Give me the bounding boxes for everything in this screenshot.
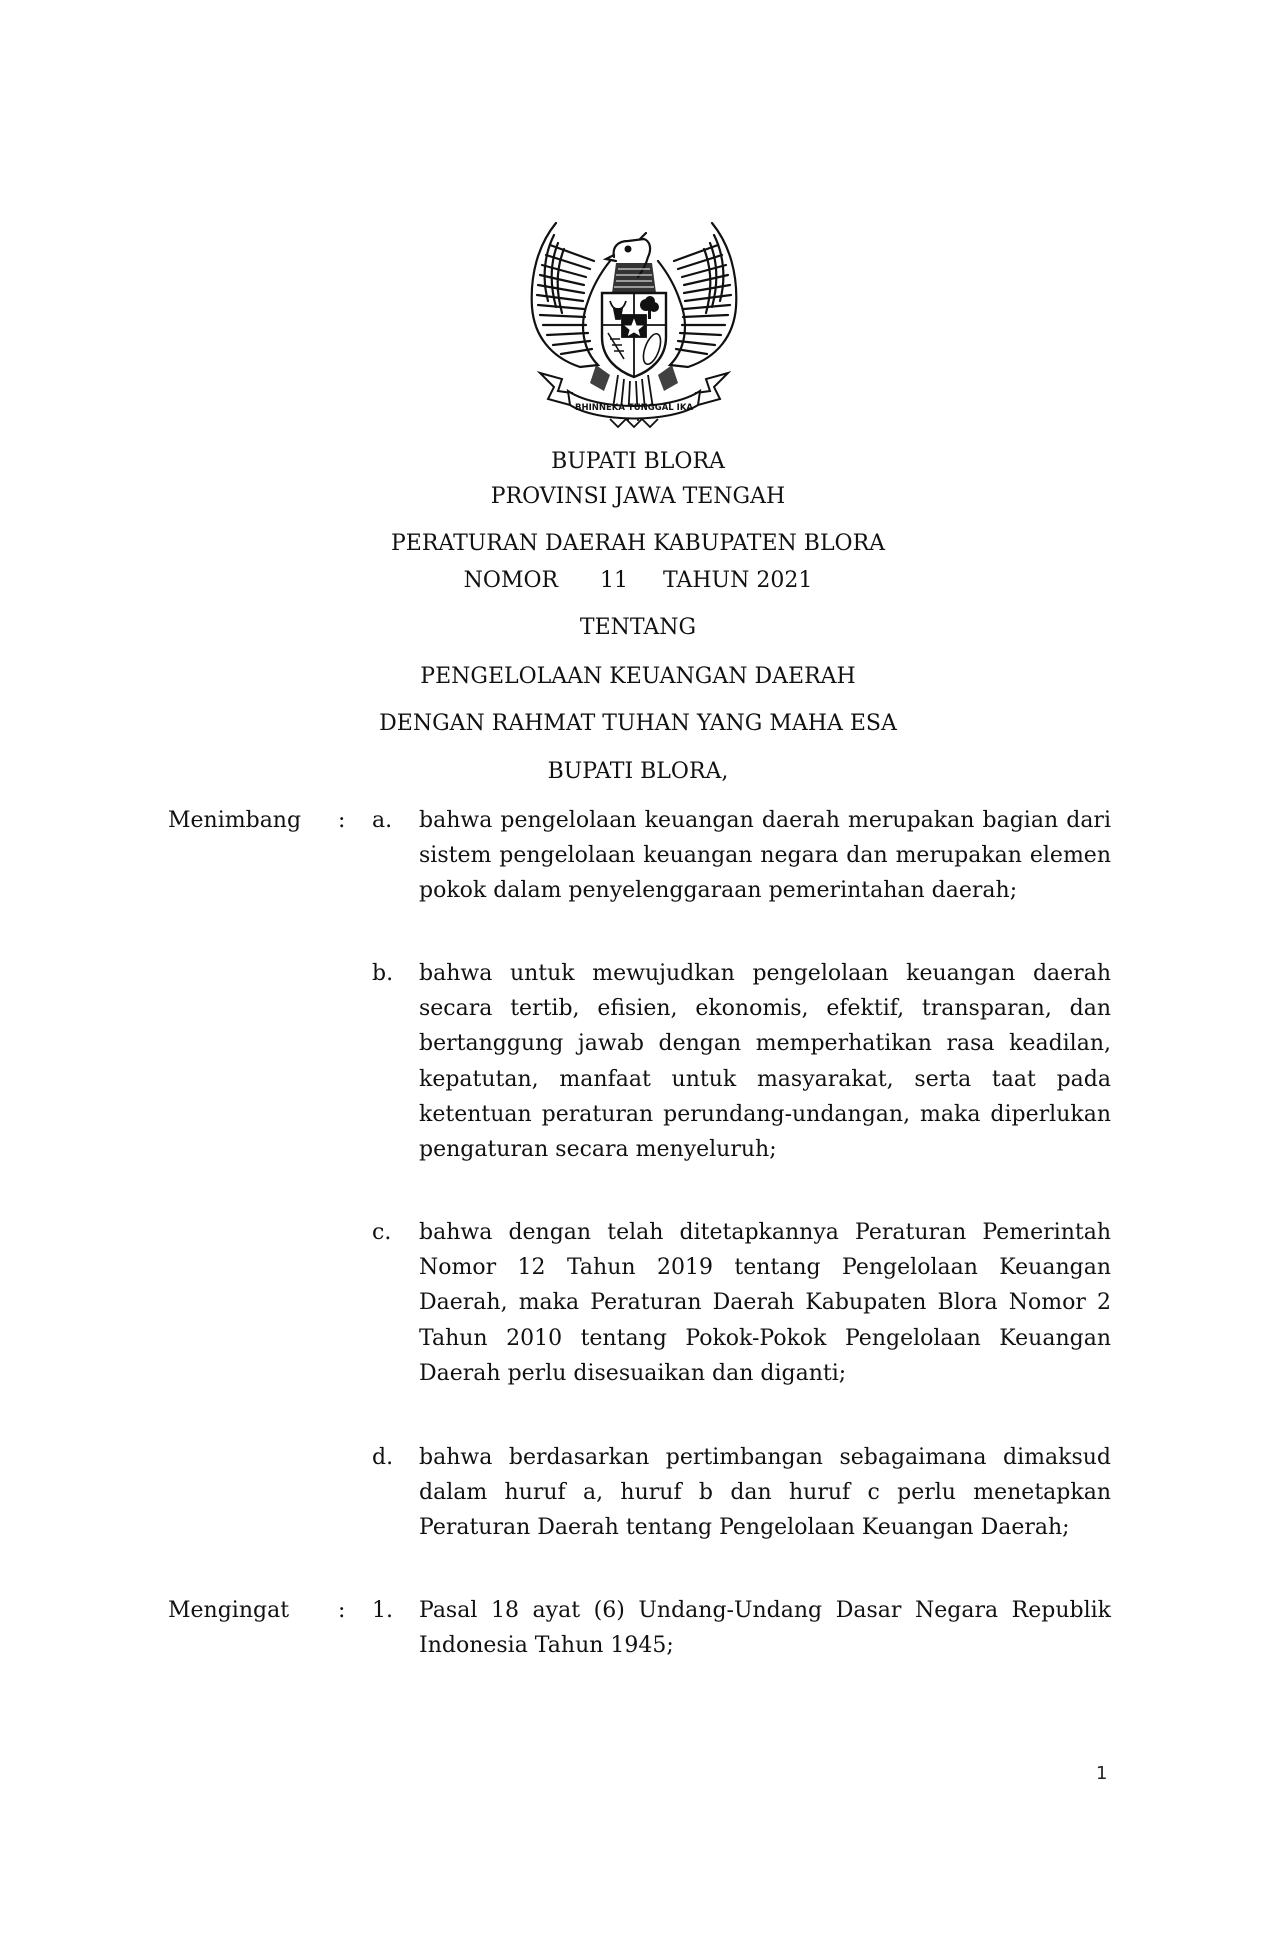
item-marker: d.	[372, 1440, 393, 1475]
document-page: BHINNEKA TUNGGAL IKA BUPATI BLORA PROVIN…	[0, 0, 1276, 1951]
regulation-subject: PENGELOLAAN KEUANGAN DAERAH	[0, 663, 1276, 691]
item-text: bahwa berdasarkan pertimbangan sebagaima…	[419, 1440, 1111, 1546]
item-text: Pasal 18 ayat (6) Undang-Undang Dasar Ne…	[419, 1593, 1111, 1663]
preamble-heading: DENGAN RAHMAT TUHAN YANG MAHA ESA	[0, 710, 1276, 738]
issuer-heading: BUPATI BLORA,	[0, 758, 1276, 786]
item-text: bahwa untuk mewujudkan pengelolaan keuan…	[419, 956, 1111, 1167]
menimbang-colon: :	[338, 803, 345, 838]
menimbang-label: Menimbang	[168, 803, 301, 838]
item-marker: a.	[372, 803, 392, 838]
page-number: 1	[1096, 1762, 1107, 1786]
mengingat-label: Mengingat	[168, 1593, 289, 1628]
about-heading: TENTANG	[0, 614, 1276, 642]
item-marker: b.	[372, 956, 393, 991]
item-marker: c.	[372, 1215, 391, 1250]
mengingat-colon: :	[338, 1593, 345, 1628]
garuda-pancasila-emblem-icon: BHINNEKA TUNGGAL IKA	[528, 215, 740, 431]
item-text: bahwa pengelolaan keuangan daerah merupa…	[419, 803, 1111, 909]
authority-title: BUPATI BLORA	[0, 448, 1276, 476]
item-marker: 1.	[372, 1593, 393, 1628]
item-text: bahwa dengan telah ditetapkannya Peratur…	[419, 1215, 1111, 1391]
emblem-motto: BHINNEKA TUNGGAL IKA	[575, 403, 693, 413]
province-title: PROVINSI JAWA TENGAH	[0, 483, 1276, 511]
regulation-number: NOMOR 11 TAHUN 2021	[0, 567, 1276, 595]
regulation-type: PERATURAN DAERAH KABUPATEN BLORA	[0, 530, 1276, 558]
